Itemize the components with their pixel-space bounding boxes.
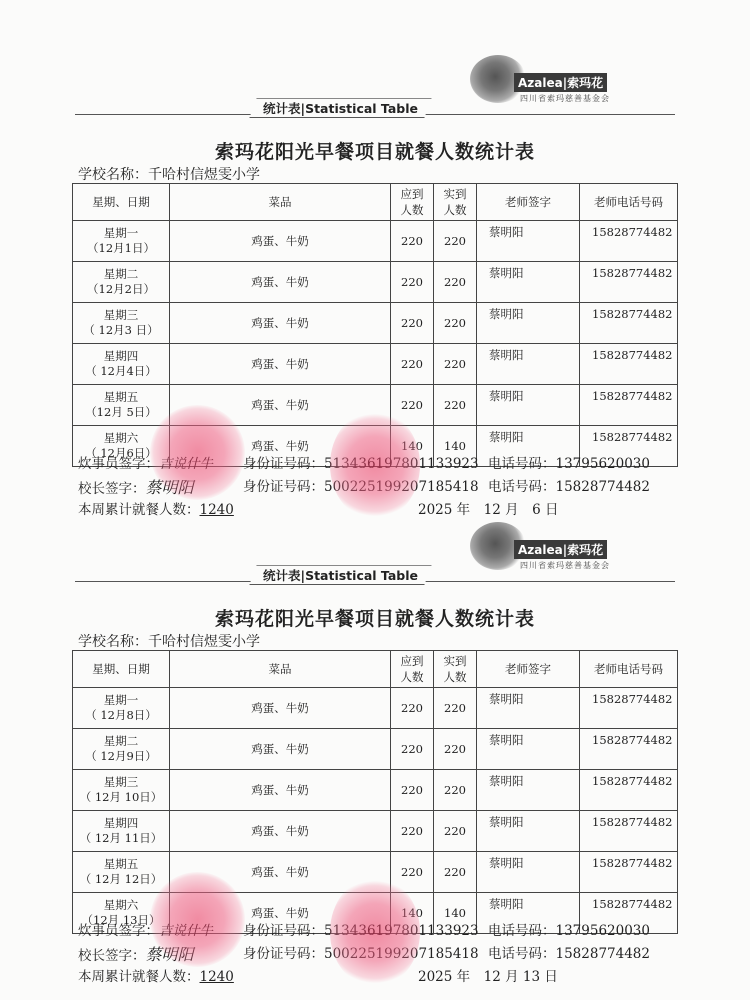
actual-cell: 220 xyxy=(434,688,477,729)
principal-id-label: 身份证号码： xyxy=(243,479,324,495)
day-cell: 星期五（12月 5日） xyxy=(73,385,170,426)
principal-phone: 电话号码：15828774482 xyxy=(488,942,650,962)
day-cell: 星期四（ 12月4日） xyxy=(73,344,170,385)
principal-phone-label: 电话号码： xyxy=(488,946,556,962)
school-name: 千哈村信煜雯小学 xyxy=(148,634,260,650)
principal-row: 校长签字：蔡明阳 身份证号码：500225199207185418 电话号码：1… xyxy=(78,942,678,965)
school-label: 学校名称： xyxy=(78,634,148,650)
phone-cell: 15828774482 xyxy=(580,688,678,729)
expected-cell: 220 xyxy=(391,221,434,262)
col-expected: 应到人数 xyxy=(391,651,434,688)
day-cell: 星期五（ 12月 12日） xyxy=(73,852,170,893)
attendance-table: 星期、日期 菜品 应到人数 实到人数 老师签字 老师电话号码 星期一（ 12月8… xyxy=(72,650,678,934)
form-footer: 炊事员签字：吉说什牛 身份证号码：513436197801133923 电话号码… xyxy=(78,452,678,521)
col-teacher: 老师签字 xyxy=(477,651,580,688)
cook-signature: 吉说什牛 xyxy=(159,456,213,472)
form-date: 2025 年 12 月 13 日 xyxy=(418,965,558,985)
col-actual-label: 实到人数 xyxy=(440,653,470,685)
attendance-table: 星期、日期 菜品 应到人数 实到人数 老师签字 老师电话号码 星期一（12月1日… xyxy=(72,183,678,467)
principal-id-label: 身份证号码： xyxy=(243,946,324,962)
phone-cell: 15828774482 xyxy=(580,811,678,852)
table-header: 星期、日期 菜品 应到人数 实到人数 老师签字 老师电话号码 xyxy=(73,651,678,688)
table-row: 星期一（12月1日） 鸡蛋、牛奶 220 220 蔡明阳 15828774482 xyxy=(73,221,678,262)
weekday: 星期五 xyxy=(73,857,169,872)
date: （12月1日） xyxy=(73,241,169,256)
cook-id-value: 513436197801133923 xyxy=(324,923,479,939)
date: （12月 5日） xyxy=(73,405,169,420)
actual-cell: 220 xyxy=(434,770,477,811)
weekday: 星期五 xyxy=(73,390,169,405)
expected-cell: 220 xyxy=(391,729,434,770)
col-expected-label: 应到人数 xyxy=(397,653,427,685)
weekday: 星期二 xyxy=(73,734,169,749)
menu-cell: 鸡蛋、牛奶 xyxy=(170,221,391,262)
col-phone: 老师电话号码 xyxy=(580,651,678,688)
weekday: 星期六 xyxy=(73,898,169,913)
cook-phone: 电话号码：13795620030 xyxy=(488,919,650,939)
form-title: 索玛花阳光早餐项目就餐人数统计表 xyxy=(0,137,750,164)
cook-signature: 吉说什牛 xyxy=(159,923,213,939)
actual-cell: 220 xyxy=(434,303,477,344)
cook-sign: 炊事员签字：吉说什牛 xyxy=(78,919,213,939)
actual-cell: 220 xyxy=(434,344,477,385)
col-expected-label: 应到人数 xyxy=(397,186,427,218)
menu-cell: 鸡蛋、牛奶 xyxy=(170,344,391,385)
principal-label: 校长签字： xyxy=(78,948,146,964)
cook-row: 炊事员签字：吉说什牛 身份证号码：513436197801133923 电话号码… xyxy=(78,452,678,475)
day-cell: 星期一（ 12月8日） xyxy=(73,688,170,729)
col-teacher: 老师签字 xyxy=(477,184,580,221)
actual-cell: 220 xyxy=(434,385,477,426)
statistical-table-banner: 统计表|Statistical Table xyxy=(75,96,675,118)
principal-id: 身份证号码：500225199207185418 xyxy=(243,475,479,495)
menu-cell: 鸡蛋、牛奶 xyxy=(170,262,391,303)
cook-phone-value: 13795620030 xyxy=(556,456,650,472)
principal-sign: 校长签字：蔡明阳 xyxy=(78,942,194,965)
teacher-cell: 蔡明阳 xyxy=(477,770,580,811)
logo-brand: Azalea|索玛花 xyxy=(514,73,607,92)
total-row: 本周累计就餐人数：1240 2025 年 12 月 6 日 xyxy=(78,498,678,521)
expected-cell: 220 xyxy=(391,303,434,344)
cook-phone-label: 电话号码： xyxy=(488,456,556,472)
banner-label: 统计表|Statistical Table xyxy=(263,99,418,117)
weekday: 星期三 xyxy=(73,308,169,323)
banner-label: 统计表|Statistical Table xyxy=(263,566,418,584)
day-cell: 星期一（12月1日） xyxy=(73,221,170,262)
day-cell: 星期三（ 12月 10日） xyxy=(73,770,170,811)
date: （ 12月 12日） xyxy=(73,872,169,887)
date: （ 12月9日） xyxy=(73,749,169,764)
table-row: 星期一（ 12月8日） 鸡蛋、牛奶 220 220 蔡明阳 1582877448… xyxy=(73,688,678,729)
weekday: 星期四 xyxy=(73,816,169,831)
date: （ 12月8日） xyxy=(73,708,169,723)
teacher-cell: 蔡明阳 xyxy=(477,852,580,893)
banner-tag: 统计表|Statistical Table xyxy=(249,98,431,118)
principal-signature: 蔡明阳 xyxy=(146,478,194,497)
teacher-cell: 蔡明阳 xyxy=(477,344,580,385)
cook-phone-label: 电话号码： xyxy=(488,923,556,939)
teacher-cell: 蔡明阳 xyxy=(477,729,580,770)
expected-cell: 220 xyxy=(391,385,434,426)
teacher-cell: 蔡明阳 xyxy=(477,688,580,729)
col-day: 星期、日期 xyxy=(73,184,170,221)
menu-cell: 鸡蛋、牛奶 xyxy=(170,688,391,729)
expected-cell: 220 xyxy=(391,852,434,893)
menu-cell: 鸡蛋、牛奶 xyxy=(170,852,391,893)
total-value: 1240 xyxy=(200,502,234,518)
phone-cell: 15828774482 xyxy=(580,344,678,385)
principal-phone-label: 电话号码： xyxy=(488,479,556,495)
school-label: 学校名称： xyxy=(78,167,148,183)
principal-label: 校长签字： xyxy=(78,481,146,497)
table-row: 星期二（ 12月9日） 鸡蛋、牛奶 220 220 蔡明阳 1582877448… xyxy=(73,729,678,770)
cook-id-label: 身份证号码： xyxy=(243,923,324,939)
table-row: 星期二（12月2日） 鸡蛋、牛奶 220 220 蔡明阳 15828774482 xyxy=(73,262,678,303)
table-row: 星期三（ 12月3 日） 鸡蛋、牛奶 220 220 蔡明阳 158287744… xyxy=(73,303,678,344)
table-row: 星期四（ 12月 11日） 鸡蛋、牛奶 220 220 蔡明阳 15828774… xyxy=(73,811,678,852)
weekday: 星期二 xyxy=(73,267,169,282)
total-value: 1240 xyxy=(200,969,234,985)
cook-id-value: 513436197801133923 xyxy=(324,456,479,472)
teacher-cell: 蔡明阳 xyxy=(477,811,580,852)
principal-phone: 电话号码：15828774482 xyxy=(488,475,650,495)
date: （ 12月4日） xyxy=(73,364,169,379)
weekly-total: 本周累计就餐人数：1240 xyxy=(78,498,234,518)
banner-tag: 统计表|Statistical Table xyxy=(249,565,431,585)
total-row: 本周累计就餐人数：1240 2025 年 12 月 13 日 xyxy=(78,965,678,988)
cook-phone-value: 13795620030 xyxy=(556,923,650,939)
day-cell: 星期四（ 12月 11日） xyxy=(73,811,170,852)
weekday: 星期三 xyxy=(73,775,169,790)
teacher-cell: 蔡明阳 xyxy=(477,385,580,426)
phone-cell: 15828774482 xyxy=(580,221,678,262)
table-row: 星期四（ 12月4日） 鸡蛋、牛奶 220 220 蔡明阳 1582877448… xyxy=(73,344,678,385)
teacher-cell: 蔡明阳 xyxy=(477,303,580,344)
date: （ 12月3 日） xyxy=(73,323,169,338)
expected-cell: 220 xyxy=(391,811,434,852)
date: （ 12月 11日） xyxy=(73,831,169,846)
date: （12月2日） xyxy=(73,282,169,297)
principal-id-value: 500225199207185418 xyxy=(324,479,479,495)
cook-id: 身份证号码：513436197801133923 xyxy=(243,919,479,939)
col-expected: 应到人数 xyxy=(391,184,434,221)
col-day: 星期、日期 xyxy=(73,651,170,688)
total-label: 本周累计就餐人数： xyxy=(78,502,200,518)
form-footer: 炊事员签字：吉说什牛 身份证号码：513436197801133923 电话号码… xyxy=(78,919,678,988)
menu-cell: 鸡蛋、牛奶 xyxy=(170,303,391,344)
form-date: 2025 年 12 月 6 日 xyxy=(418,498,559,518)
phone-cell: 15828774482 xyxy=(580,770,678,811)
total-label: 本周累计就餐人数： xyxy=(78,969,200,985)
menu-cell: 鸡蛋、牛奶 xyxy=(170,729,391,770)
actual-cell: 220 xyxy=(434,811,477,852)
school-line: 学校名称：千哈村信煜雯小学 xyxy=(78,631,260,651)
expected-cell: 220 xyxy=(391,688,434,729)
school-name: 千哈村信煜雯小学 xyxy=(148,167,260,183)
principal-sign: 校长签字：蔡明阳 xyxy=(78,475,194,498)
principal-id-value: 500225199207185418 xyxy=(324,946,479,962)
col-actual-label: 实到人数 xyxy=(440,186,470,218)
expected-cell: 220 xyxy=(391,262,434,303)
table-row: 星期五（12月 5日） 鸡蛋、牛奶 220 220 蔡明阳 1582877448… xyxy=(73,385,678,426)
day-cell: 星期三（ 12月3 日） xyxy=(73,303,170,344)
menu-cell: 鸡蛋、牛奶 xyxy=(170,811,391,852)
cook-id: 身份证号码：513436197801133923 xyxy=(243,452,479,472)
actual-cell: 220 xyxy=(434,221,477,262)
logo-brand: Azalea|索玛花 xyxy=(514,540,607,559)
col-actual: 实到人数 xyxy=(434,651,477,688)
date: （ 12月 10日） xyxy=(73,790,169,805)
weekday: 星期四 xyxy=(73,349,169,364)
phone-cell: 15828774482 xyxy=(580,729,678,770)
col-menu: 菜品 xyxy=(170,184,391,221)
cook-phone: 电话号码：13795620030 xyxy=(488,452,650,472)
day-cell: 星期二（ 12月9日） xyxy=(73,729,170,770)
cook-row: 炊事员签字：吉说什牛 身份证号码：513436197801133923 电话号码… xyxy=(78,919,678,942)
statistical-table-banner: 统计表|Statistical Table xyxy=(75,563,675,585)
col-menu: 菜品 xyxy=(170,651,391,688)
cook-label: 炊事员签字： xyxy=(78,456,159,472)
actual-cell: 220 xyxy=(434,729,477,770)
day-cell: 星期二（12月2日） xyxy=(73,262,170,303)
form-title: 索玛花阳光早餐项目就餐人数统计表 xyxy=(0,604,750,631)
cook-sign: 炊事员签字：吉说什牛 xyxy=(78,452,213,472)
actual-cell: 220 xyxy=(434,852,477,893)
expected-cell: 220 xyxy=(391,344,434,385)
table-row: 星期五（ 12月 12日） 鸡蛋、牛奶 220 220 蔡明阳 15828774… xyxy=(73,852,678,893)
actual-cell: 220 xyxy=(434,262,477,303)
principal-phone-value: 15828774482 xyxy=(556,479,650,495)
col-phone: 老师电话号码 xyxy=(580,184,678,221)
weekday: 星期一 xyxy=(73,226,169,241)
principal-id: 身份证号码：500225199207185418 xyxy=(243,942,479,962)
weekday: 星期六 xyxy=(73,431,169,446)
phone-cell: 15828774482 xyxy=(580,852,678,893)
col-actual: 实到人数 xyxy=(434,184,477,221)
phone-cell: 15828774482 xyxy=(580,303,678,344)
weekly-total: 本周累计就餐人数：1240 xyxy=(78,965,234,985)
teacher-cell: 蔡明阳 xyxy=(477,221,580,262)
expected-cell: 220 xyxy=(391,770,434,811)
phone-cell: 15828774482 xyxy=(580,262,678,303)
weekday: 星期一 xyxy=(73,693,169,708)
cook-id-label: 身份证号码： xyxy=(243,456,324,472)
table-header: 星期、日期 菜品 应到人数 实到人数 老师签字 老师电话号码 xyxy=(73,184,678,221)
principal-signature: 蔡明阳 xyxy=(146,945,194,964)
principal-row: 校长签字：蔡明阳 身份证号码：500225199207185418 电话号码：1… xyxy=(78,475,678,498)
principal-phone-value: 15828774482 xyxy=(556,946,650,962)
teacher-cell: 蔡明阳 xyxy=(477,262,580,303)
menu-cell: 鸡蛋、牛奶 xyxy=(170,385,391,426)
phone-cell: 15828774482 xyxy=(580,385,678,426)
cook-label: 炊事员签字： xyxy=(78,923,159,939)
table-row: 星期三（ 12月 10日） 鸡蛋、牛奶 220 220 蔡明阳 15828774… xyxy=(73,770,678,811)
school-line: 学校名称：千哈村信煜雯小学 xyxy=(78,164,260,184)
menu-cell: 鸡蛋、牛奶 xyxy=(170,770,391,811)
